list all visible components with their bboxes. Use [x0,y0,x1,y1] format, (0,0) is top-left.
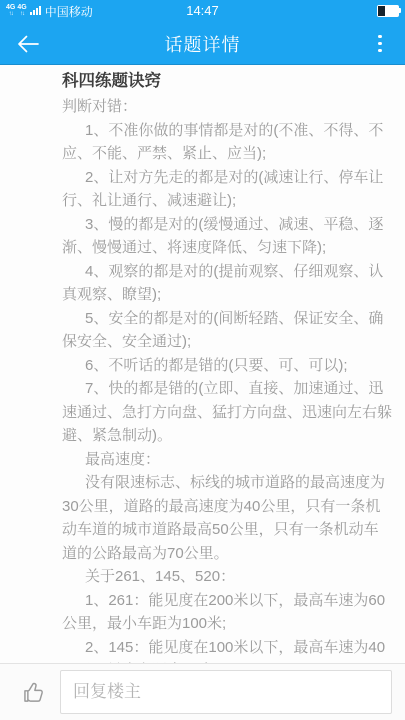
post-paragraph: 关于261、145、520： [62,565,393,589]
carrier-label: 中国移动 [45,3,93,20]
post-paragraph: 1、不准你做的事情都是对的(不准、不得、不应、不能、严禁、紧止、应当); [62,119,393,166]
post-paragraph: 2、让对方先走的都是对的(减速让行、停车让行、礼让通行、减速避让); [62,166,393,213]
post-content-scroll-area[interactable]: 科四练题诀窍 判断对错： 1、不准你做的事情都是对的(不准、不得、不应、不能、严… [0,65,405,663]
post-title: 科四练题诀窍 [62,71,393,91]
battery-icon [377,5,399,17]
signal-bars-icon [30,6,41,15]
signal-indicator: 4G ↑↓ 4G ↑↓ [6,5,43,17]
nav-bar: 话题详情 [0,22,405,65]
thumbs-up-icon [21,679,48,706]
back-arrow-icon [16,34,40,54]
sim1-4g-icon: 4G ↑↓ [6,5,15,17]
post-paragraph: 7、快的都是错的(立即、直接、加速通过、迅速通过、急打方向盘、猛打方向盘、迅速向… [62,377,393,448]
post-paragraph: 没有限速标志、标线的城市道路的最高速度为30公里，道路的最高速度为40公里，只有… [62,471,393,565]
sim2-arrows-icon: ↑↓ [20,11,24,17]
like-button[interactable] [21,679,48,706]
post-paragraph: 5、安全的都是对的(间断轻踏、保证安全、确保安全、安全通过); [62,307,393,354]
post-paragraph: 3、慢的都是对的(缓慢通过、减速、平稳、逐渐、慢慢通过、将速度降低、匀速下降); [62,213,393,260]
sim1-arrows-icon: ↑↓ [9,11,13,17]
app-screen: 4G ↑↓ 4G ↑↓ 中国移动 14:47 话题详情 科四练题诀窍 判断对错：… [0,0,405,720]
post-paragraph: 4、观察的都是对的(提前观察、仔细观察、认真观察、瞭望); [62,260,393,307]
back-button[interactable] [8,22,48,65]
post-paragraph: 判断对错： [62,95,393,119]
post-paragraph: 6、不听话的都是错的(只要、可、可以); [62,354,393,378]
more-dots-icon [378,35,382,39]
post-paragraph: 最高速度： [62,448,393,472]
reply-bar [0,663,405,720]
sim2-4g-icon: 4G ↑↓ [17,5,26,17]
page-title: 话题详情 [165,31,241,57]
post-paragraph: 2、145：能见度在100米以下，最高车速为40公里，最小车距为50米; [62,636,393,664]
status-bar: 4G ↑↓ 4G ↑↓ 中国移动 14:47 [0,0,405,22]
post-paragraph: 1、261：能见度在200米以下，最高车速为60公里，最小车距为100米; [62,589,393,636]
reply-input[interactable] [60,670,392,714]
more-menu-button[interactable] [363,22,397,65]
